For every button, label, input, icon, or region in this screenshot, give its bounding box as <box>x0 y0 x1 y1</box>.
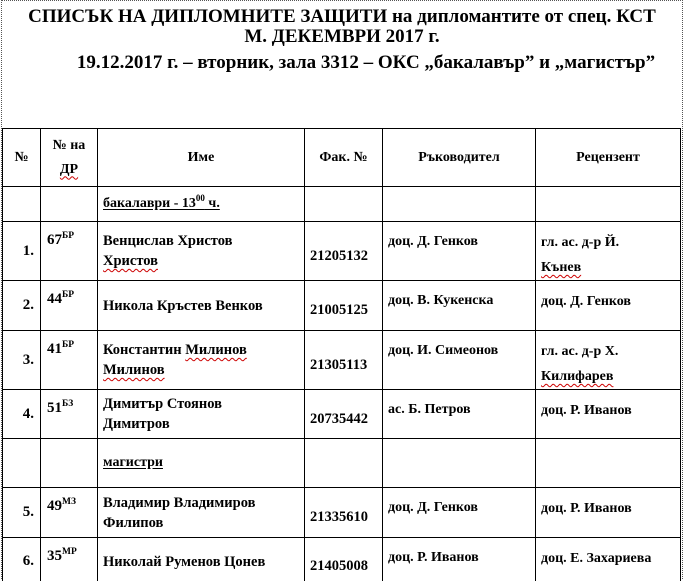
table-row: 6.35МРНиколай Руменов Цонев21405008доц. … <box>3 538 681 581</box>
header-dr-line1: № на <box>53 138 86 153</box>
student-name: Димитър СтояновДимитров <box>98 390 305 439</box>
reviewer: доц. Д. Генков <box>536 281 681 331</box>
supervisor: доц. Д. Генков <box>383 222 536 281</box>
row-number: 2. <box>3 281 41 331</box>
header-name: Име <box>98 129 305 187</box>
thesis-number: 41БР <box>41 331 98 390</box>
table-row: 3.41БРКонстантин МилиновМилинов21305113д… <box>3 331 681 390</box>
row-number: 6. <box>3 538 41 581</box>
thesis-number: 51БЗ <box>41 390 98 439</box>
header-no: № <box>3 129 41 187</box>
thesis-number: 35МР <box>41 538 98 581</box>
table-row: 1.67БРВенцислав ХристовХристов21205132до… <box>3 222 681 281</box>
reviewer: гл. ас. д-р Х.Килифарев <box>536 331 681 390</box>
reviewer: доц. Р. Иванов <box>536 390 681 439</box>
student-name: Константин МилиновМилинов <box>98 331 305 390</box>
row-number: 1. <box>3 222 41 281</box>
document-subtitle-month: М. ДЕКЕМВРИ 2017 г. <box>0 26 684 48</box>
student-name: Никола Кръстев Венков <box>98 281 305 331</box>
faculty-number: 21405008 <box>305 538 383 581</box>
row-number: 5. <box>3 488 41 538</box>
supervisor: доц. И. Симеонов <box>383 331 536 390</box>
table-row: 4.51БЗДимитър СтояновДимитров20735442ас.… <box>3 390 681 439</box>
table-header-row: № № на ДР Име Фак. № Ръководител Рецензе… <box>3 129 681 187</box>
header-supervisor: Ръководител <box>383 129 536 187</box>
reviewer: гл. ас. д-р Й.Кънев <box>536 222 681 281</box>
defenses-table: № № на ДР Име Фак. № Ръководител Рецензе… <box>2 128 681 581</box>
student-name: Николай Руменов Цонев <box>98 538 305 581</box>
faculty-number: 21305113 <box>305 331 383 390</box>
faculty-number: 21205132 <box>305 222 383 281</box>
faculty-number: 21335610 <box>305 488 383 538</box>
supervisor: доц. В. Кукенска <box>383 281 536 331</box>
document-title: СПИСЪК НА ДИПЛОМНИТЕ ЗАЩИТИ на дипломант… <box>0 6 684 28</box>
faculty-number: 20735442 <box>305 390 383 439</box>
thesis-number: 49МЗ <box>41 488 98 538</box>
group-row-masters: магистри <box>3 439 681 488</box>
header-dr: № на ДР <box>41 129 98 187</box>
group-label-bachelors: бакалаври - 1300 ч. <box>98 187 305 222</box>
header-fak: Фак. № <box>305 129 383 187</box>
group-label-masters: магистри <box>98 439 305 488</box>
student-name: Венцислав ХристовХристов <box>98 222 305 281</box>
header-dr-line2: ДР <box>60 162 78 177</box>
supervisor: доц. Р. Иванов <box>383 538 536 581</box>
group-row-bachelors: бакалаври - 1300 ч. <box>3 187 681 222</box>
row-number: 4. <box>3 390 41 439</box>
reviewer: доц. Е. Захариева <box>536 538 681 581</box>
table-row: 5.49МЗВладимир ВладимировФилипов21335610… <box>3 488 681 538</box>
reviewer: доц. Р. Иванов <box>536 488 681 538</box>
table-row: 2.44БРНикола Кръстев Венков21005125доц. … <box>3 281 681 331</box>
thesis-number: 67БР <box>41 222 98 281</box>
header-reviewer: Рецензент <box>536 129 681 187</box>
supervisor: доц. Д. Генков <box>383 488 536 538</box>
thesis-number: 44БР <box>41 281 98 331</box>
document-subtitle-date: 19.12.2017 г. – вторник, зала 3312 – ОКС… <box>24 52 684 74</box>
faculty-number: 21005125 <box>305 281 383 331</box>
row-number: 3. <box>3 331 41 390</box>
supervisor: ас. Б. Петров <box>383 390 536 439</box>
student-name: Владимир ВладимировФилипов <box>98 488 305 538</box>
